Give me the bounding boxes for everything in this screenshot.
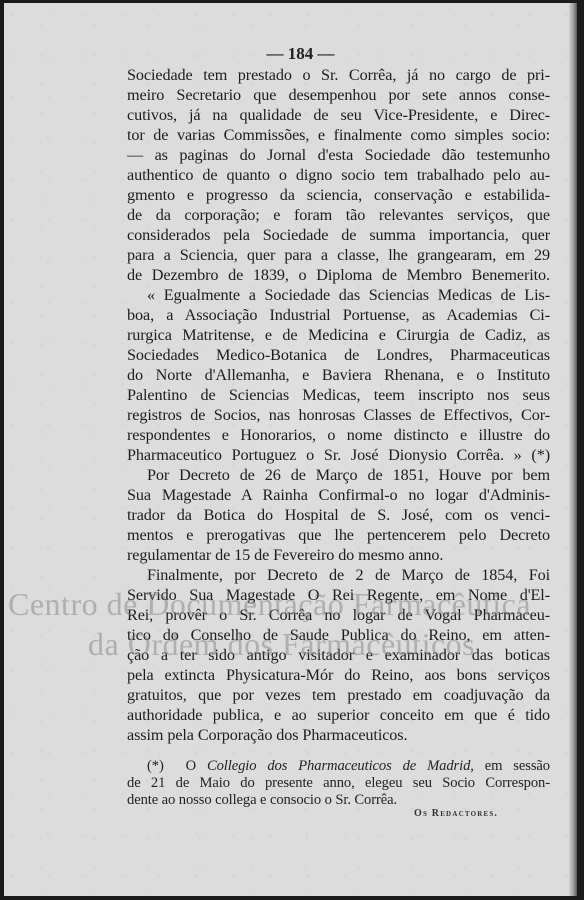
text-line: pela extincta Physicatura-Mór do Reino, … (127, 665, 550, 685)
text-line: considerados pela Sociedade de summa imp… (127, 225, 550, 245)
text-line: assim pela Corporação dos Pharmaceuticos… (127, 725, 550, 745)
text-line: de da corporação; e foram tão relevantes… (127, 205, 550, 225)
footnote-marker: (*) (147, 758, 164, 774)
text-line: authoridade publica, e ao superior conce… (127, 705, 550, 725)
text-line: respondentes e Honorarios, o nome distin… (127, 425, 550, 445)
text-line: Sociedade tem prestado o Sr. Corrêa, já … (127, 65, 550, 85)
text-line: Sociedades Medico-Botanica de Londres, P… (127, 345, 550, 365)
text-line: mentos e prerogativas que lhe pertencere… (127, 525, 550, 545)
footnote-line: (*) O Collegio dos Pharmaceuticos de Mad… (127, 758, 550, 775)
text-line: Sua Magestade A Rainha Confirmal-o no lo… (127, 485, 550, 505)
paragraph-start: « Egualmente a Sociedade das Sciencias M… (127, 285, 550, 305)
scanned-page: — 184 — Sociedade tem prestado o Sr. Cor… (4, 3, 577, 896)
text-line: boa, a Associação Industrial Portuense, … (127, 305, 550, 325)
paragraph-start: Por Decreto de 26 de Março de 1851, Houv… (127, 465, 550, 485)
text-line: de Dezembro de 1839, o Diploma de Membro… (127, 265, 550, 285)
text-line: rurgica Matritense, e de Medicina e Ciru… (127, 325, 550, 345)
text-line: Palentino de Sciencias Medicas, teem ins… (127, 385, 550, 405)
text-line: — as paginas do Jornal d'esta Sociedade … (127, 145, 550, 165)
text-line: para a Sciencia, quer para a classe, lhe… (127, 245, 550, 265)
footnote: (*) O Collegio dos Pharmaceuticos de Mad… (127, 758, 550, 809)
signature: Os Redactores. (414, 808, 498, 819)
text-line: Rei, provêr o Sr. Corrêa no logar de Vog… (127, 605, 550, 625)
paragraph-start: Finalmente, por Decreto de 2 de Março de… (127, 565, 550, 585)
text-line: do Norte d'Allemanha, e Baviera Rhenana,… (127, 365, 550, 385)
text-line: Pharmaceutico Portuguez o Sr. José Diony… (127, 445, 550, 465)
text-line: cutivos, já na qualidade de seu Vice-Pre… (127, 105, 550, 125)
text-line: tico do Conselho de Saude Publica do Rei… (127, 625, 550, 645)
page-edge-shadow (569, 3, 577, 896)
text-line: ção a ter sido antigo visitador e examin… (127, 645, 550, 665)
footnote-line: de 21 de Maio do presente anno, elegeu s… (127, 775, 550, 792)
text-line: meiro Secretario que desempenhou por set… (127, 85, 550, 105)
text-line: trador da Botica do Hospital de S. José,… (127, 505, 550, 525)
text-line: authentico de quanto o digno socio tem t… (127, 165, 550, 185)
text-line: gmento e progresso da sciencia, conserva… (127, 185, 550, 205)
text-line: Servido Sua Magestade O Rei Regente, em … (127, 585, 550, 605)
page-number: — 184 — (4, 44, 577, 64)
footnote-italic: Collegio dos Pharmaceuticos de Madrid, (207, 758, 474, 774)
text-line: registros de Socios, nas honrosas Classe… (127, 405, 550, 425)
body-text: Sociedade tem prestado o Sr. Corrêa, já … (127, 65, 550, 745)
footnote-line: dente ao nosso collega e consocio o Sr. … (127, 792, 550, 809)
text-line: gratuitos, que por vezes tem prestado em… (127, 685, 550, 705)
text-line: tor de varias Commissões, e finalmente c… (127, 125, 550, 145)
text-line: regulamentar de 15 de Fevereiro do mesmo… (127, 545, 550, 565)
